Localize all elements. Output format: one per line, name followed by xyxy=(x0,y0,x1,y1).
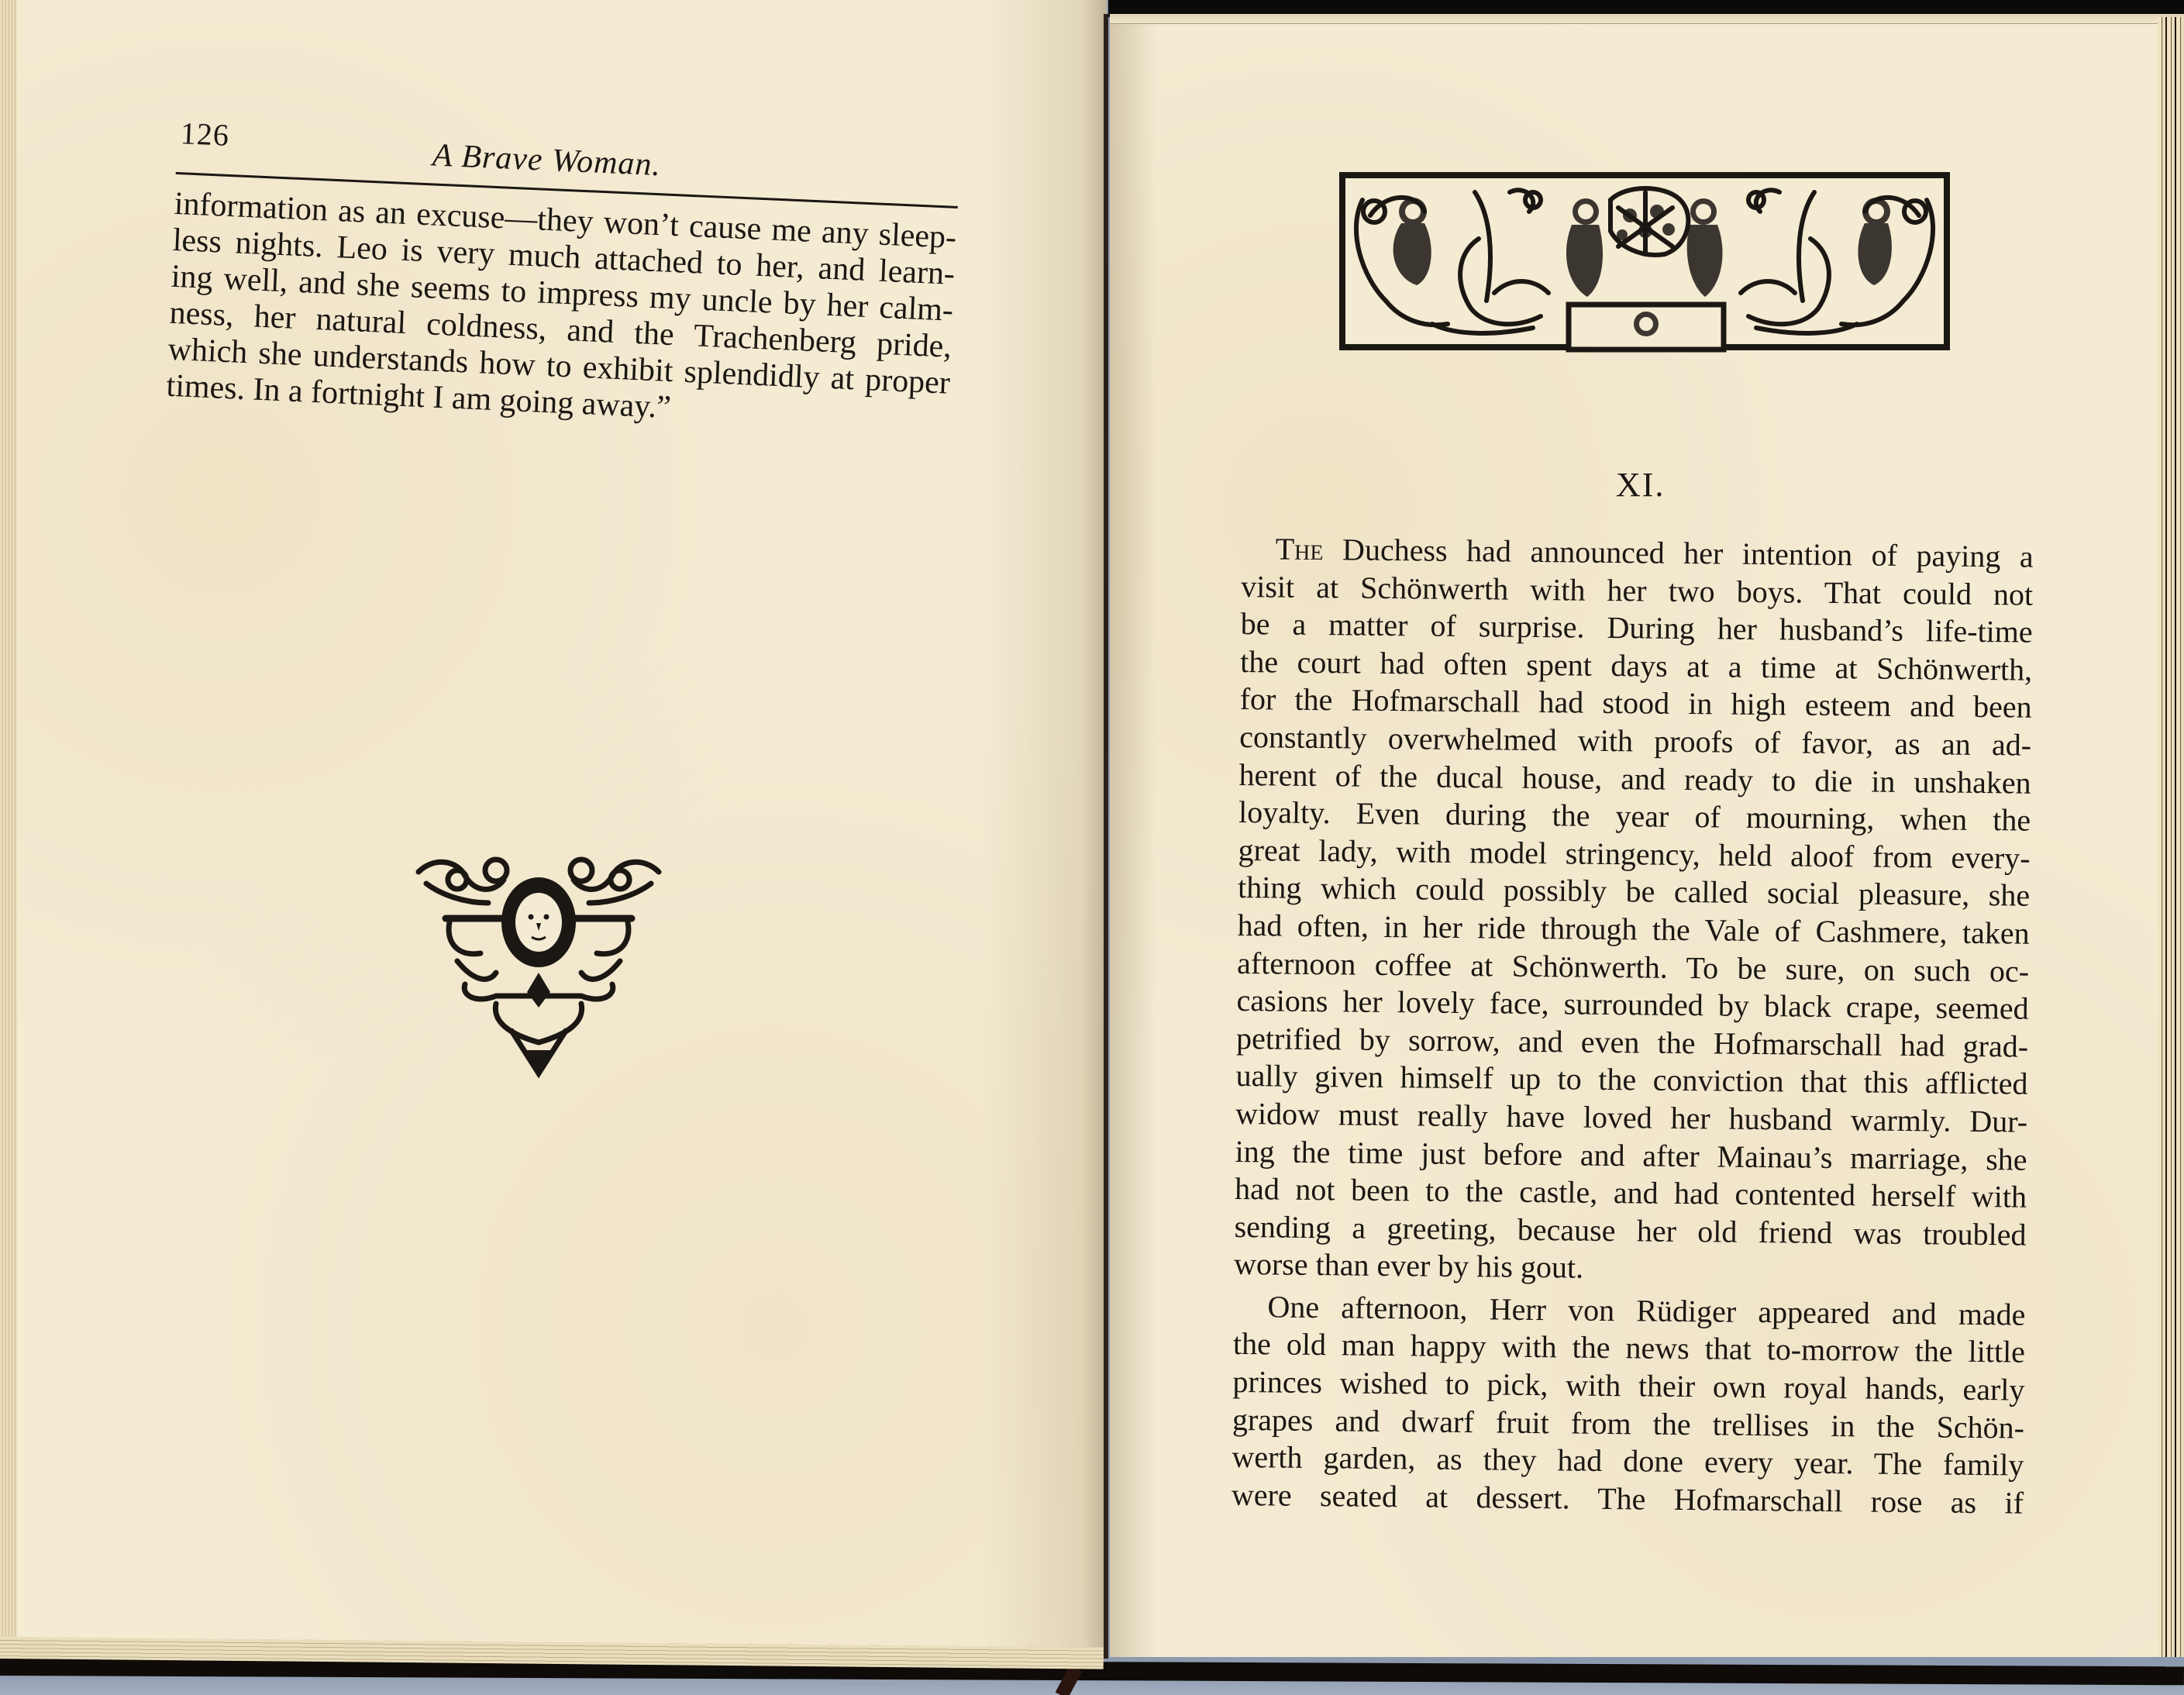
left-page-edges xyxy=(0,0,17,1659)
right-page-body-text: The Duchess had announced her intention … xyxy=(1232,530,2034,1522)
drop-smallcaps-word: The xyxy=(1276,531,1324,567)
chapter-number-heading: XI. xyxy=(1616,465,1665,505)
left-page-body-text: information as an excuse—they won’t caus… xyxy=(166,186,957,439)
right-page-edges xyxy=(2158,17,2184,1657)
headpiece-cherubs-ornament-icon xyxy=(1339,169,1950,355)
book-gutter xyxy=(1104,14,1108,1659)
right-page-top-edges xyxy=(1110,14,2184,24)
tailpiece-mask-ornament-icon xyxy=(403,849,674,1081)
page-number: 126 xyxy=(180,115,230,153)
